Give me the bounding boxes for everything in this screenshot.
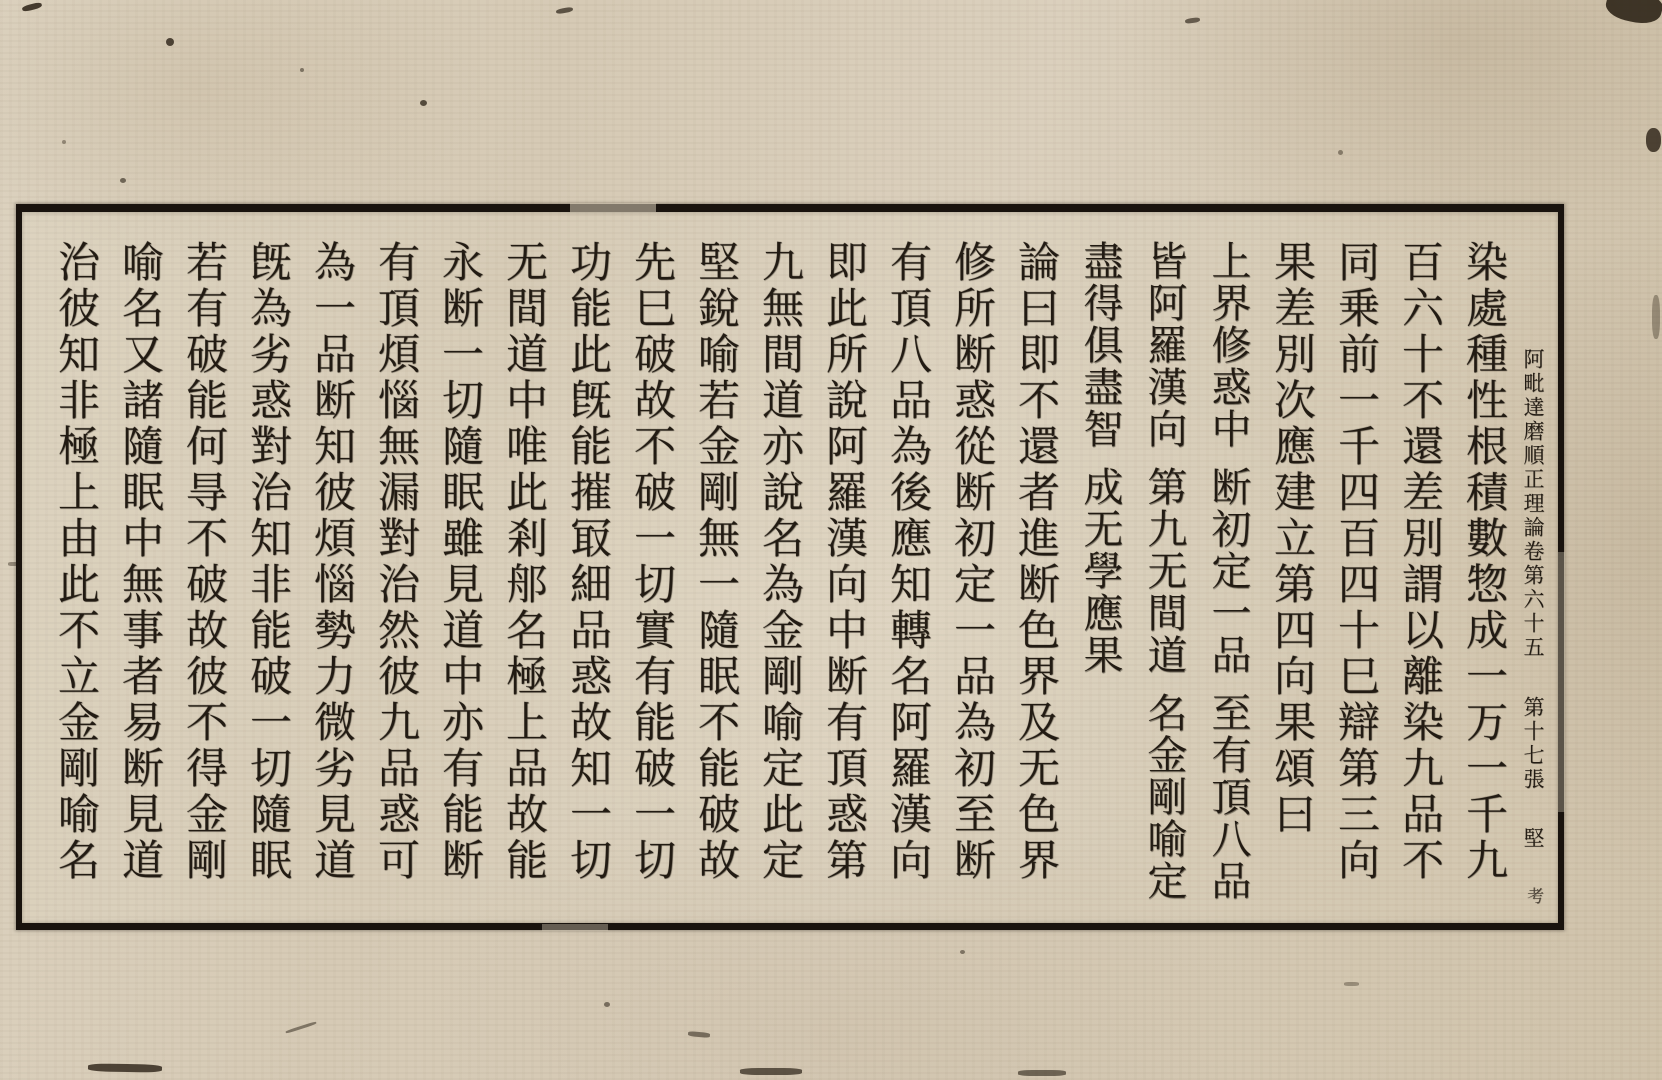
text-segment: 為一品断知彼煩惱勢力微劣見道 <box>308 240 357 884</box>
text-column-21: 若有破能何㝵不破故彼不得金剛 <box>172 240 236 923</box>
margin-title-column: 阿毗達磨順正理論卷第六十五 第十七張 堅 考 <box>1516 240 1550 923</box>
text-segment: 第九无間道 <box>1141 466 1187 676</box>
text-block-columns: 阿毗達磨順正理論卷第六十五 第十七張 堅 考 染處種性根積數惣成一万一千九百六十… <box>22 212 1558 923</box>
ink-speck <box>166 38 174 46</box>
text-column-7: 盡得俱盡智成无學應果 <box>1068 240 1132 923</box>
text-segment: 即此所說阿羅漢向中断有頂惑第 <box>820 240 869 884</box>
case-character: 堅 <box>1521 827 1545 851</box>
handwritten-mark: 考 <box>1523 887 1543 907</box>
ink-speck <box>420 100 427 106</box>
ink-speck <box>960 950 965 954</box>
text-column-12: 九無間道亦說名為金剛喻定此定 <box>748 240 812 923</box>
ink-speck <box>120 178 126 183</box>
bottom-ink-streak <box>88 1063 162 1072</box>
ink-speck <box>300 68 304 72</box>
text-column-3: 同乗前一千四百四十巳辯第三向 <box>1324 240 1388 923</box>
text-column-20: 旣為劣惑對治知非能破一切隨眠 <box>236 240 300 923</box>
scanned-page: 阿毗達磨順正理論卷第六十五 第十七張 堅 考 染處種性根積數惣成一万一千九百六十… <box>0 0 1662 1080</box>
text-frame: 阿毗達磨順正理論卷第六十五 第十七張 堅 考 染處種性根積數惣成一万一千九百六十… <box>16 204 1564 930</box>
text-column-16: 无間道中唯此剎郍名極上品故能 <box>492 240 556 923</box>
text-column-14: 先巳破故不破一切實有能破一切 <box>620 240 684 923</box>
text-segment: 百六十不還差別謂以離染九品不 <box>1396 240 1445 884</box>
text-column-10: 有頂八品為後應知轉名阿羅漢向 <box>876 240 940 923</box>
text-segment: 染處種性根積數惣成一万一千九 <box>1460 240 1509 884</box>
text-segment: 名金剛喻定 <box>1141 692 1187 902</box>
text-segment: 先巳破故不破一切實有能破一切 <box>628 240 677 884</box>
text-segment: 修所断惑從断初定一品為初至断 <box>948 240 997 884</box>
text-column-19: 為一品断知彼煩惱勢力微劣見道 <box>300 240 364 923</box>
text-column-22: 喻名又諸隨眠中無事者易断見道 <box>108 240 172 923</box>
text-segment: 有頂八品為後應知轉名阿羅漢向 <box>884 240 933 884</box>
ink-speck <box>1338 150 1343 155</box>
text-column-15: 功能此旣能摧冣細品惑故知一切 <box>556 240 620 923</box>
text-segment: 永断一切隨眠雖見道中亦有能断 <box>436 240 485 884</box>
ink-speck <box>604 1002 610 1007</box>
ink-speck <box>1344 982 1359 986</box>
bottom-ink-streak <box>740 1068 802 1075</box>
text-column-8: 論曰即不還者進断色界及无色界 <box>1004 240 1068 923</box>
sheet-number-label: 第十七張 <box>1521 696 1545 792</box>
bottom-ink-streak <box>1018 1070 1066 1076</box>
scroll-title: 阿毗達磨順正理論卷第六十五 <box>1521 348 1545 660</box>
edge-ink-stain <box>1646 128 1661 152</box>
text-segment: 断初定一品 <box>1205 466 1251 676</box>
text-column-2: 百六十不還差別謂以離染九品不 <box>1388 240 1452 923</box>
text-column-17: 永断一切隨眠雖見道中亦有能断 <box>428 240 492 923</box>
text-column-9: 修所断惑從断初定一品為初至断 <box>940 240 1004 923</box>
edge-ink-streak <box>1652 295 1660 339</box>
text-segment: 至有頂八品 <box>1205 692 1251 902</box>
text-segment: 成无學應果 <box>1077 466 1123 676</box>
text-column-1: 染處種性根積數惣成一万一千九 <box>1452 240 1516 923</box>
text-segment: 若有破能何㝵不破故彼不得金剛 <box>180 240 229 884</box>
ink-speck <box>62 140 66 144</box>
text-segment: 果差別次應建立第四向果頌曰 <box>1268 240 1317 838</box>
text-segment: 无間道中唯此剎郍名極上品故能 <box>500 240 549 884</box>
border-wear <box>542 924 608 931</box>
text-column-5: 上界修惑中断初定一品至有頂八品 <box>1196 240 1260 923</box>
text-segment: 九無間道亦說名為金剛喻定此定 <box>756 240 805 884</box>
text-column-4: 果差別次應建立第四向果頌曰 <box>1260 240 1324 923</box>
text-segment: 有頂煩惱無漏對治然彼九品惑可 <box>372 240 421 884</box>
text-column-18: 有頂煩惱無漏對治然彼九品惑可 <box>364 240 428 923</box>
text-segment: 皆阿羅漢向 <box>1141 240 1187 450</box>
text-segment: 同乗前一千四百四十巳辯第三向 <box>1332 240 1381 884</box>
text-segment: 功能此旣能摧冣細品惑故知一切 <box>564 240 613 884</box>
text-segment: 旣為劣惑對治知非能破一切隨眠 <box>244 240 293 884</box>
border-wear <box>570 203 656 212</box>
text-segment: 盡得俱盡智 <box>1077 240 1123 450</box>
text-segment: 上界修惑中 <box>1205 240 1251 450</box>
text-column-11: 即此所說阿羅漢向中断有頂惑第 <box>812 240 876 923</box>
border-wear <box>1558 552 1565 812</box>
text-column-23: 治彼知非極上由此不立金剛喻名 <box>44 240 108 923</box>
text-segment: 喻名又諸隨眠中無事者易断見道 <box>116 240 165 884</box>
text-segment: 論曰即不還者進断色界及无色界 <box>1012 240 1061 884</box>
text-column-13: 堅銳喻若金剛無一隨眠不能破故 <box>684 240 748 923</box>
text-column-6: 皆阿羅漢向第九无間道名金剛喻定 <box>1132 240 1196 923</box>
text-segment: 治彼知非極上由此不立金剛喻名 <box>52 240 101 884</box>
text-segment: 堅銳喻若金剛無一隨眠不能破故 <box>692 240 741 884</box>
